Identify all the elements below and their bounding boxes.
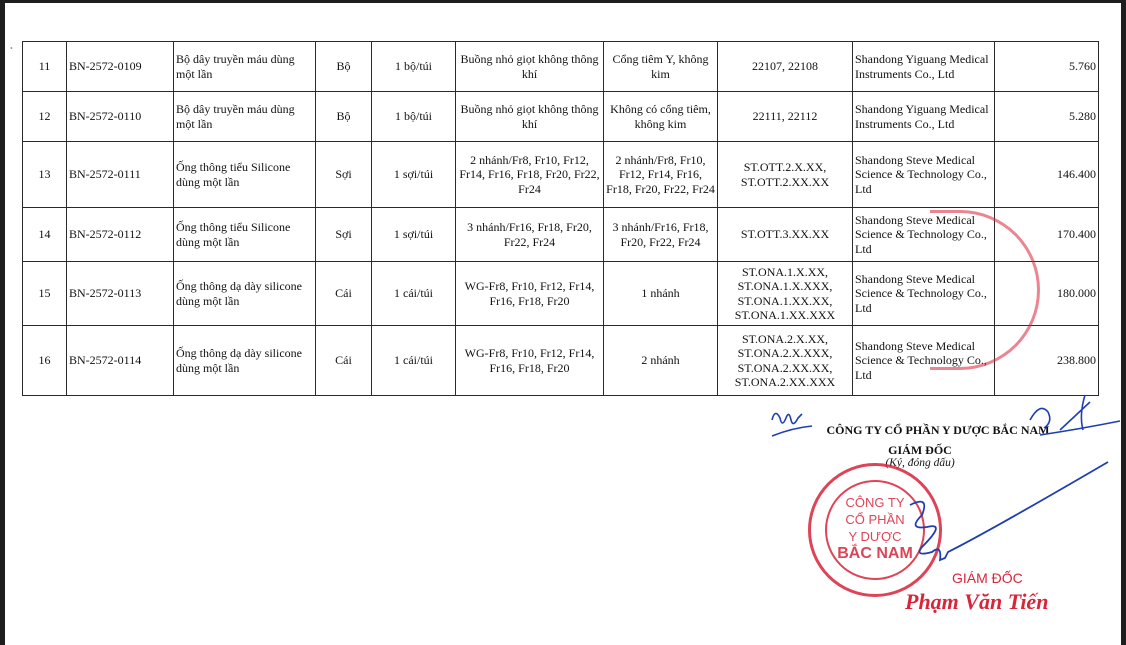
seal-text: CÔNG TY CỔ PHẦN Y DƯỢC BẮC NAM (811, 494, 939, 562)
product-code-cell: BN-2572-0112 (67, 208, 174, 262)
model-code-cell: ST.ONA.2.X.XX, ST.ONA.2.X.XXX, ST.ONA.2.… (718, 326, 853, 396)
model-code-cell: ST.OTT.2.X.XX, ST.OTT.2.XX.XX (718, 142, 853, 208)
scan-mark: • (10, 44, 13, 53)
row-number-cell: 12 (23, 92, 67, 142)
unit-cell: Cái (316, 326, 372, 396)
specification-cell: WG-Fr8, Fr10, Fr12, Fr14, Fr16, Fr18, Fr… (456, 262, 604, 326)
row-number-cell: 16 (23, 326, 67, 396)
signer-name: Phạm Văn Tiến (905, 589, 1048, 615)
row-number-cell: 11 (23, 42, 67, 92)
product-code-cell: BN-2572-0114 (67, 326, 174, 396)
signer-role: GIÁM ĐỐC (952, 570, 1023, 586)
manufacturer-cell: Shandong Steve Medical Science & Technol… (853, 142, 995, 208)
packaging-cell: 1 bộ/túi (372, 42, 456, 92)
product-code-cell: BN-2572-0113 (67, 262, 174, 326)
specification-cell: WG-Fr8, Fr10, Fr12, Fr14, Fr16, Fr18, Fr… (456, 326, 604, 396)
unit-cell: Cái (316, 262, 372, 326)
specification-cell: Buồng nhỏ giọt không thông khí (456, 42, 604, 92)
packaging-cell: 1 cái/túi (372, 326, 456, 396)
row-number-cell: 13 (23, 142, 67, 208)
row-number-cell: 15 (23, 262, 67, 326)
product-name-cell: Ống thông tiểu Silicone dùng một lần (174, 208, 316, 262)
product-code-cell: BN-2572-0109 (67, 42, 174, 92)
specification-cell: 2 nhánh/Fr8, Fr10, Fr12, Fr14, Fr16, Fr1… (456, 142, 604, 208)
company-name: CÔNG TY CỔ PHẦN Y DƯỢC BẮC NAM (788, 423, 1088, 438)
product-code-cell: BN-2572-0110 (67, 92, 174, 142)
manufacturer-cell: Shandong Yiguang Medical Instruments Co.… (853, 42, 995, 92)
model-code-cell: ST.ONA.1.X.XX, ST.ONA.1.X.XXX, ST.ONA.1.… (718, 262, 853, 326)
table-row: 13BN-2572-0111Ống thông tiểu Silicone dù… (23, 142, 1099, 208)
product-name-cell: Bộ dây truyền máu dùng một lần (174, 42, 316, 92)
unit-price-cell: 146.400 (995, 142, 1099, 208)
product-name-cell: Ống thông dạ dày silicone dùng một lần (174, 262, 316, 326)
configuration-cell: 2 nhánh/Fr8, Fr10, Fr12, Fr14, Fr16, Fr1… (604, 142, 718, 208)
company-seal: CÔNG TY CỔ PHẦN Y DƯỢC BẮC NAM (808, 463, 942, 597)
unit-cell: Sợi (316, 208, 372, 262)
table-row: 11BN-2572-0109Bộ dây truyền máu dùng một… (23, 42, 1099, 92)
manufacturer-cell: Shandong Yiguang Medical Instruments Co.… (853, 92, 995, 142)
configuration-cell: Cổng tiêm Y, không kim (604, 42, 718, 92)
packaging-cell: 1 cái/túi (372, 262, 456, 326)
packaging-cell: 1 bộ/túi (372, 92, 456, 142)
packaging-cell: 1 sợi/túi (372, 208, 456, 262)
product-name-cell: Bộ dây truyền máu dùng một lần (174, 92, 316, 142)
configuration-cell: Không có cổng tiêm, không kim (604, 92, 718, 142)
unit-cell: Bộ (316, 42, 372, 92)
unit-price-cell: 5.760 (995, 42, 1099, 92)
configuration-cell: 1 nhánh (604, 262, 718, 326)
specification-cell: 3 nhánh/Fr16, Fr18, Fr20, Fr22, Fr24 (456, 208, 604, 262)
product-name-cell: Ống thông tiểu Silicone dùng một lần (174, 142, 316, 208)
configuration-cell: 2 nhánh (604, 326, 718, 396)
unit-price-cell: 5.280 (995, 92, 1099, 142)
model-code-cell: 22107, 22108 (718, 42, 853, 92)
packaging-cell: 1 sợi/túi (372, 142, 456, 208)
unit-cell: Bộ (316, 92, 372, 142)
unit-cell: Sợi (316, 142, 372, 208)
product-name-cell: Ống thông dạ dày silicone dùng một lần (174, 326, 316, 396)
model-code-cell: 22111, 22112 (718, 92, 853, 142)
table-row: 12BN-2572-0110Bộ dây truyền máu dùng một… (23, 92, 1099, 142)
director-title: GIÁM ĐỐC (820, 443, 1020, 458)
row-number-cell: 14 (23, 208, 67, 262)
configuration-cell: 3 nhánh/Fr16, Fr18, Fr20, Fr22, Fr24 (604, 208, 718, 262)
model-code-cell: ST.OTT.3.XX.XX (718, 208, 853, 262)
product-code-cell: BN-2572-0111 (67, 142, 174, 208)
specification-cell: Buồng nhỏ giọt không thông khí (456, 92, 604, 142)
